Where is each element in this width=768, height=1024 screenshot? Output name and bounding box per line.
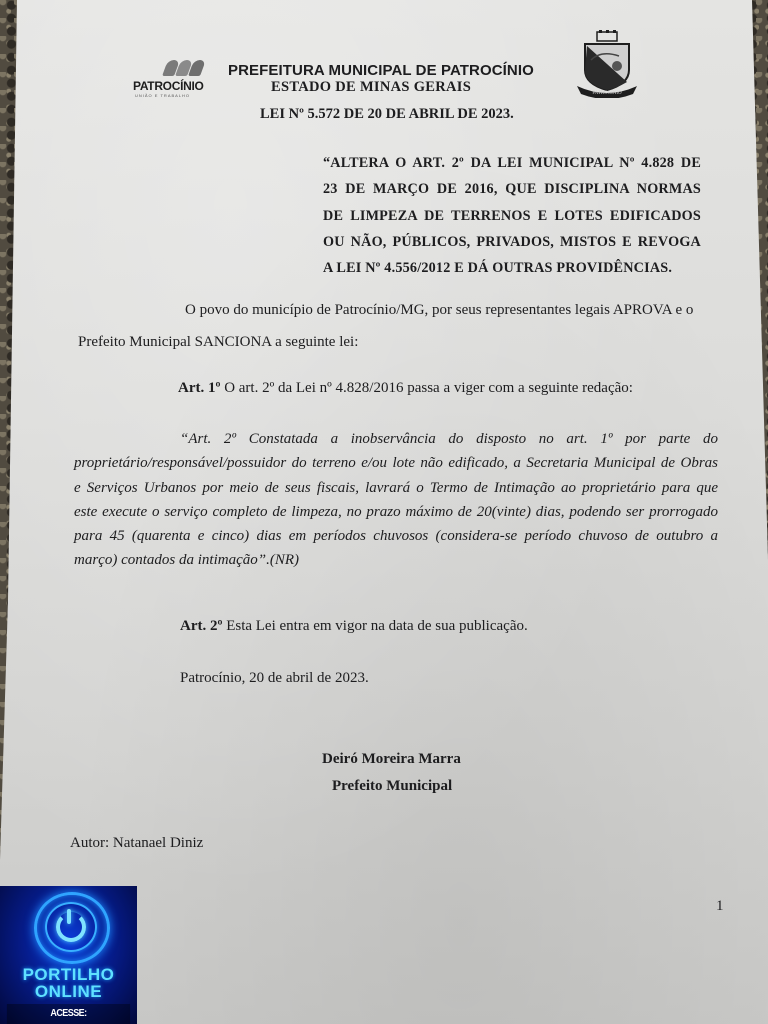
quoted-article-2: “Art. 2º Constatada a inobservância do d… xyxy=(74,427,718,573)
summary-line: “ALTERA O ART. 2º DA LEI MUNICIPAL Nº 4.… xyxy=(323,150,701,176)
municipal-coat-of-arms-icon: PATROCÍNIO xyxy=(571,30,643,98)
article-1-text: O art. 2º da Lei nº 4.828/2016 passa a v… xyxy=(220,380,633,396)
quote-line: para 45 (quarenta e cinco) dias em perío… xyxy=(74,524,718,548)
summary-line: 23 DE MARÇO DE 2016, QUE DISCIPLINA NORM… xyxy=(323,176,701,202)
signatory-role: Prefeito Municipal xyxy=(332,778,452,795)
quote-line: proprietário/responsável/possuidor do te… xyxy=(74,451,718,475)
logo-subtext: UNIÃO E TRABALHO xyxy=(135,93,190,98)
law-title: LEI Nº 5.572 DE 20 DE ABRIL DE 2023. xyxy=(260,106,514,123)
people-logo-icon xyxy=(163,58,207,78)
quote-line: e Serviços Urbanos por meio de seus fisc… xyxy=(74,476,718,500)
summary-line: OU NÃO, PÚBLICOS, PRIVADOS, MISTOS E REV… xyxy=(323,229,701,255)
article-2-text: Esta Lei entra em vigor na data de sua p… xyxy=(222,618,527,634)
power-button-icon xyxy=(56,912,86,942)
header-subtitle: ESTADO DE MINAS GERAIS xyxy=(271,79,471,96)
article-2: Art. 2º Esta Lei entra em vigor na data … xyxy=(180,618,528,635)
power-button-bar xyxy=(67,909,71,924)
article-1-label: Art. 1º xyxy=(178,380,220,396)
portilho-online-watermark: PORTILHO ONLINE ACESSE: WWW.PORTILHO.ONL… xyxy=(0,886,137,1024)
summary-line: A LEI Nº 4.556/2012 E DÁ OUTRAS PROVIDÊN… xyxy=(323,255,701,281)
watermark-url: ACESSE: WWW.PORTILHO.ONLINE xyxy=(7,1004,130,1024)
patrocinio-logo: PATROCÍNIO UNIÃO E TRABALHO xyxy=(133,58,213,98)
article-1: Art. 1º O art. 2º da Lei nº 4.828/2016 p… xyxy=(178,380,633,397)
preamble-line-1: O povo do município de Patrocínio/MG, po… xyxy=(185,302,693,319)
summary-line: DE LIMPEZA DE TERRENOS E LOTES EDIFICADO… xyxy=(323,203,701,229)
page-number: 1 xyxy=(716,898,724,915)
article-2-label: Art. 2º xyxy=(180,618,222,634)
preamble-line-2: Prefeito Municipal SANCIONA a seguinte l… xyxy=(78,334,358,351)
header-title: PREFEITURA MUNICIPAL DE PATROCÍNIO xyxy=(228,62,534,79)
author: Autor: Natanael Diniz xyxy=(70,835,203,852)
quote-line: março) contados da intimação”.(NR) xyxy=(74,548,718,572)
svg-text:PATROCÍNIO: PATROCÍNIO xyxy=(592,90,622,96)
signatory-name: Deiró Moreira Marra xyxy=(322,751,461,768)
logo-text: PATROCÍNIO xyxy=(133,79,204,93)
quote-line: “Art. 2º Constatada a inobservância do d… xyxy=(74,427,718,451)
law-summary: “ALTERA O ART. 2º DA LEI MUNICIPAL Nº 4.… xyxy=(323,150,701,281)
place-date: Patrocínio, 20 de abril de 2023. xyxy=(180,670,369,687)
quote-line: este execute o serviço completo de limpe… xyxy=(74,500,718,524)
watermark-line-2: ONLINE xyxy=(0,982,137,1002)
